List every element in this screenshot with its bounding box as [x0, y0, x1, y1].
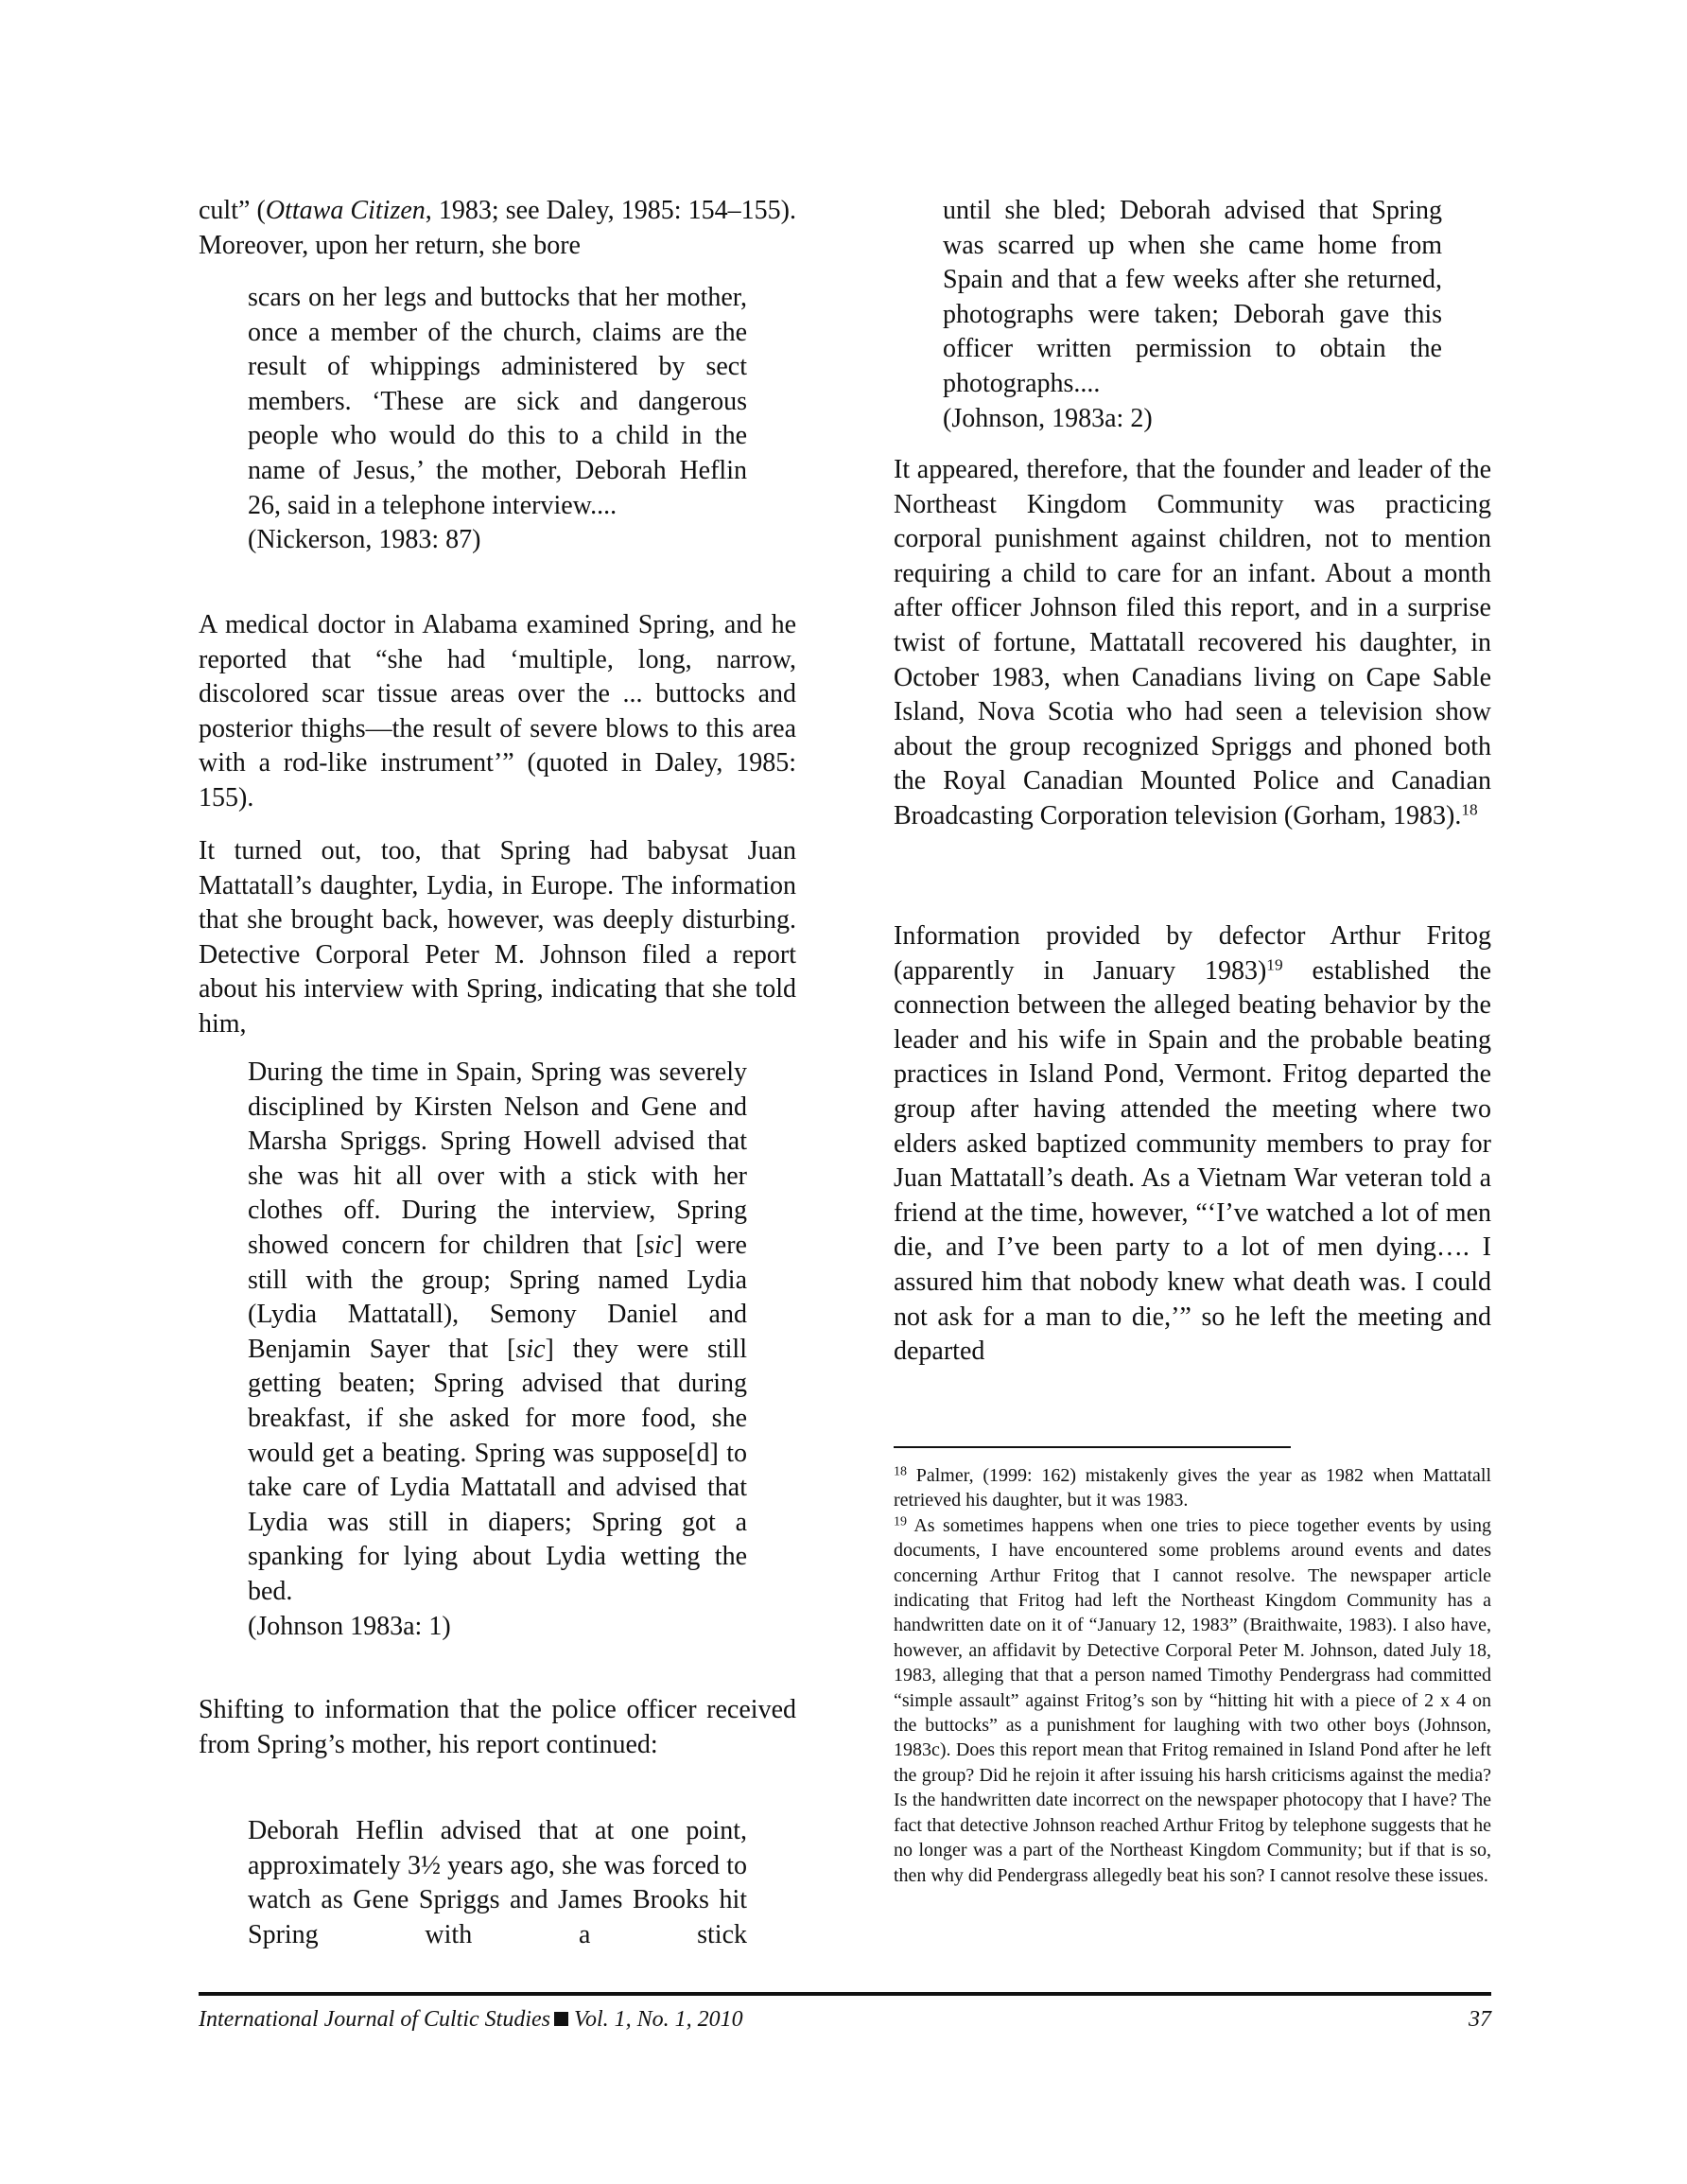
block-quote-heflin: Deborah Heflin advised that at one point…: [248, 1814, 747, 1987]
body-paragraph-shifting: Shifting to information that the police …: [199, 1693, 796, 1762]
quote-citation: (Johnson, 1983a: 2): [943, 402, 1442, 437]
paragraph-text: It turned out, too, that Spring had baby…: [199, 834, 796, 1042]
footnote-number: 19: [894, 1515, 907, 1529]
page-number: 37: [1469, 2005, 1491, 2034]
footnote-18: 18 Palmer, (1999: 162) mistakenly gives …: [894, 1463, 1491, 1513]
journal-citation: International Journal of Cultic StudiesV…: [199, 2005, 743, 2034]
block-quote-johnson-2: until she bled; Deborah advised that Spr…: [943, 194, 1442, 436]
square-bullet-icon: [554, 2012, 568, 2026]
quote-text: until she bled; Deborah advised that Spr…: [943, 194, 1442, 402]
footnotes: 18 Palmer, (1999: 162) mistakenly gives …: [894, 1463, 1491, 1888]
text-run: It appeared, therefore, that the founder…: [894, 455, 1491, 830]
text-run: During the time in Spain, Spring was sev…: [248, 1057, 747, 1260]
italic-source-title: Ottawa Citizen: [266, 196, 426, 225]
body-paragraph-medical-doctor: A medical doctor in Alabama examined Spr…: [199, 608, 796, 816]
block-quote-johnson-1: During the time in Spain, Spring was sev…: [248, 1056, 747, 1644]
footnote-separator: [894, 1446, 1291, 1448]
footnote-ref-18[interactable]: 18: [1461, 800, 1477, 818]
footnote-text: As sometimes happens when one tries to p…: [894, 1515, 1491, 1886]
sic-italic: sic: [515, 1335, 545, 1364]
journal-name: International Journal of Cultic Studies: [199, 2007, 550, 2032]
footnote-text: Palmer, (1999: 162) mistakenly gives the…: [894, 1465, 1491, 1511]
journal-volume: Vol. 1, No. 1, 2010: [574, 2007, 743, 2032]
text-run: ] they were still getting beaten; Spring…: [248, 1335, 747, 1606]
body-paragraph-intro: cult” (Ottawa Citizen, 1983; see Daley, …: [199, 194, 796, 263]
body-paragraph-babysat: It turned out, too, that Spring had baby…: [199, 834, 796, 1042]
paragraph-text: A medical doctor in Alabama examined Spr…: [199, 608, 796, 816]
quote-text: scars on her legs and buttocks that her …: [248, 281, 747, 523]
paragraph-text: Shifting to information that the police …: [199, 1693, 796, 1762]
text-run: established the connection between the a…: [894, 956, 1491, 1367]
quote-citation: (Nickerson, 1983: 87): [248, 523, 747, 558]
quote-citation: (Johnson 1983a: 1): [248, 1610, 747, 1645]
text-run: cult” (: [199, 196, 266, 225]
footer-rule: [199, 1992, 1491, 1996]
footnote-number: 18: [894, 1465, 907, 1479]
footnote-ref-19[interactable]: 19: [1266, 955, 1282, 973]
quote-text: Deborah Heflin advised that at one point…: [248, 1814, 747, 1987]
body-paragraph-fritog: Information provided by defector Arthur …: [894, 919, 1491, 1404]
sic-italic: sic: [644, 1231, 673, 1260]
body-paragraph-founder: It appeared, therefore, that the founder…: [894, 453, 1491, 834]
footnote-19: 19 As sometimes happens when one tries t…: [894, 1513, 1491, 1888]
block-quote-nickerson: scars on her legs and buttocks that her …: [248, 281, 747, 558]
